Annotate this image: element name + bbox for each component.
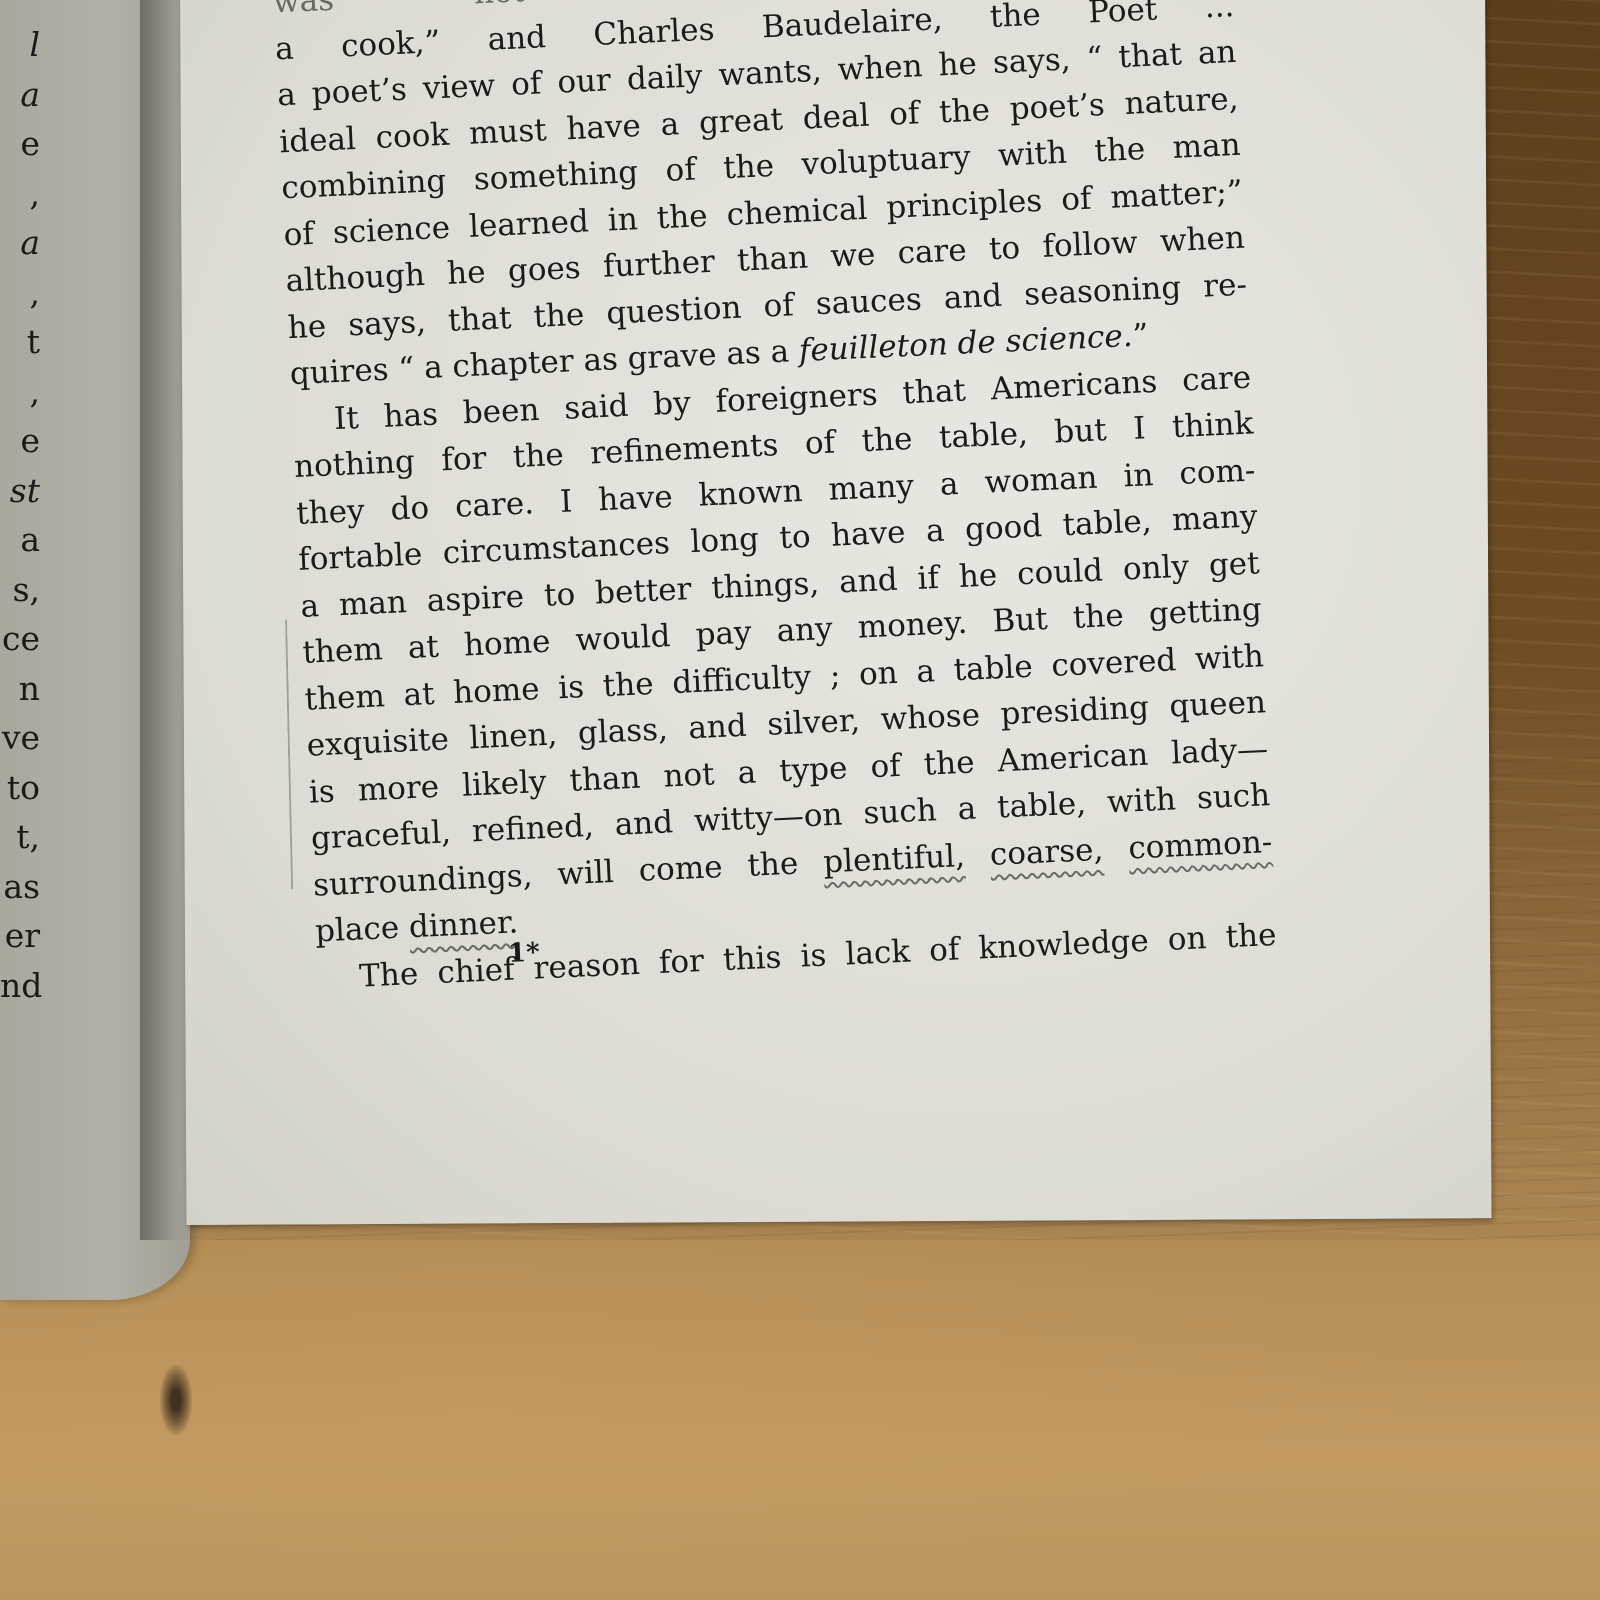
underlined-word: plentiful,: [823, 838, 966, 880]
left-fragment: as: [0, 862, 40, 912]
left-fragment: er: [0, 911, 40, 961]
left-fragment: nd: [0, 961, 40, 1011]
left-page-line-endings: l a e , a , t , e st a s, ce n ve to t, …: [0, 20, 40, 1010]
underlined-word: dinner.: [408, 904, 519, 945]
underlined-word: common-: [1128, 824, 1273, 866]
left-fragment: to: [0, 763, 40, 813]
left-fragment: st: [0, 466, 40, 516]
left-fragment: a: [0, 218, 40, 268]
left-fragment: e: [0, 416, 40, 466]
text-run: [964, 836, 991, 873]
left-fragment: ce: [0, 614, 40, 664]
left-fragment: n: [0, 664, 40, 714]
left-fragment: l: [0, 20, 40, 70]
right-page: was not ... a poet ... a cook,” and Char…: [180, 0, 1492, 1225]
left-fragment: s,: [0, 565, 40, 615]
left-fragment: e: [0, 119, 40, 169]
left-fragment: a: [0, 70, 40, 120]
left-fragment: a: [0, 515, 40, 565]
underlined-word: coarse,: [989, 831, 1104, 872]
signature-mark: 1*: [508, 938, 541, 969]
left-fragment: ,: [0, 367, 40, 417]
pencil-margin-line: [285, 619, 296, 889]
table-stain: [160, 1365, 192, 1435]
left-fragment: ,: [0, 169, 40, 219]
left-fragment: t: [0, 317, 40, 367]
text-run: place: [314, 909, 409, 949]
left-fragment: ve: [0, 713, 40, 763]
text-run: ”: [1132, 317, 1149, 354]
left-fragment: ,: [0, 268, 40, 318]
body-text: was not ... a poet ... a cook,” and Char…: [272, 0, 1277, 1001]
left-fragment: t,: [0, 812, 40, 862]
text-run: [1102, 830, 1129, 867]
